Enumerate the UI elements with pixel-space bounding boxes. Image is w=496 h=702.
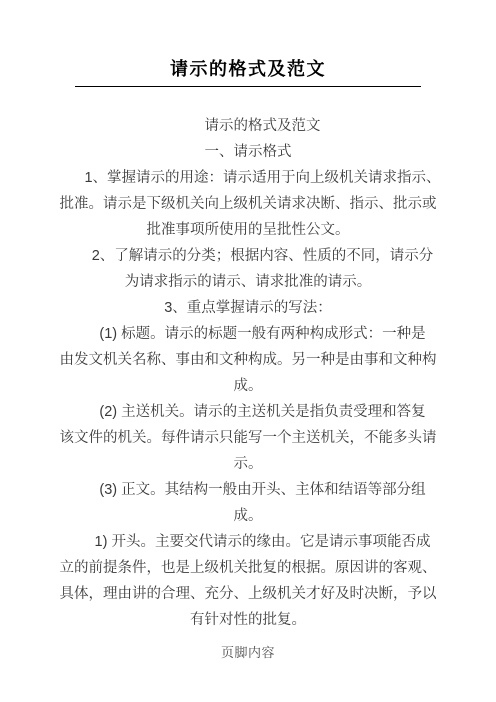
page-footer: 页脚内容 bbox=[0, 643, 496, 663]
document-body: 请示的格式及范文一、请示格式1、掌握请示的用途：请示适用于向上级机关请求指示、批… bbox=[55, 113, 441, 633]
document-page: 请示的格式及范文 请示的格式及范文一、请示格式1、掌握请示的用途：请示适用于向上… bbox=[0, 0, 496, 702]
text-line: 由发文机关名称、事由和文种构成。另一种是由事和文种构 bbox=[55, 347, 441, 373]
title-underline bbox=[75, 86, 421, 87]
text-line: 立的前提条件，也是上级机关批复的根据。原因讲的客观、 bbox=[55, 555, 441, 581]
text-line: 具体，理由讲的合理、充分、上级机关才好及时决断，予以 bbox=[55, 581, 441, 607]
text-line: 1) 开头。主要交代请示的缘由。它是请示事项能否成 bbox=[55, 529, 441, 555]
text-line: 批准。请示是下级机关向上级机关请求决断、指示、批示或 bbox=[55, 191, 441, 217]
text-line: 3、重点掌握请示的写法： bbox=[55, 295, 441, 321]
text-line: 一、请示格式 bbox=[55, 139, 441, 165]
page-title: 请示的格式及范文 bbox=[0, 56, 496, 82]
text-line: 成。 bbox=[55, 373, 441, 399]
text-line: (1) 标题。请示的标题一般有两种构成形式：一种是 bbox=[55, 321, 441, 347]
text-line: 示。 bbox=[55, 451, 441, 477]
text-line: (3) 正文。其结构一般由开头、主体和结语等部分组 bbox=[55, 477, 441, 503]
text-line: (2) 主送机关。请示的主送机关是指负责受理和答复 bbox=[55, 399, 441, 425]
text-line: 1、掌握请示的用途：请示适用于向上级机关请求指示、 bbox=[55, 165, 441, 191]
text-line: 2、了解请示的分类；根据内容、性质的不同，请示分 bbox=[55, 243, 441, 269]
text-line: 请示的格式及范文 bbox=[55, 113, 441, 139]
text-line: 该文件的机关。每件请示只能写一个主送机关，不能多头请 bbox=[55, 425, 441, 451]
text-line: 成。 bbox=[55, 503, 441, 529]
text-line: 为请求指示的请示、请求批准的请示。 bbox=[55, 269, 441, 295]
text-line: 批准事项所使用的呈批性公文。 bbox=[55, 217, 441, 243]
text-line: 有针对性的批复。 bbox=[55, 607, 441, 633]
